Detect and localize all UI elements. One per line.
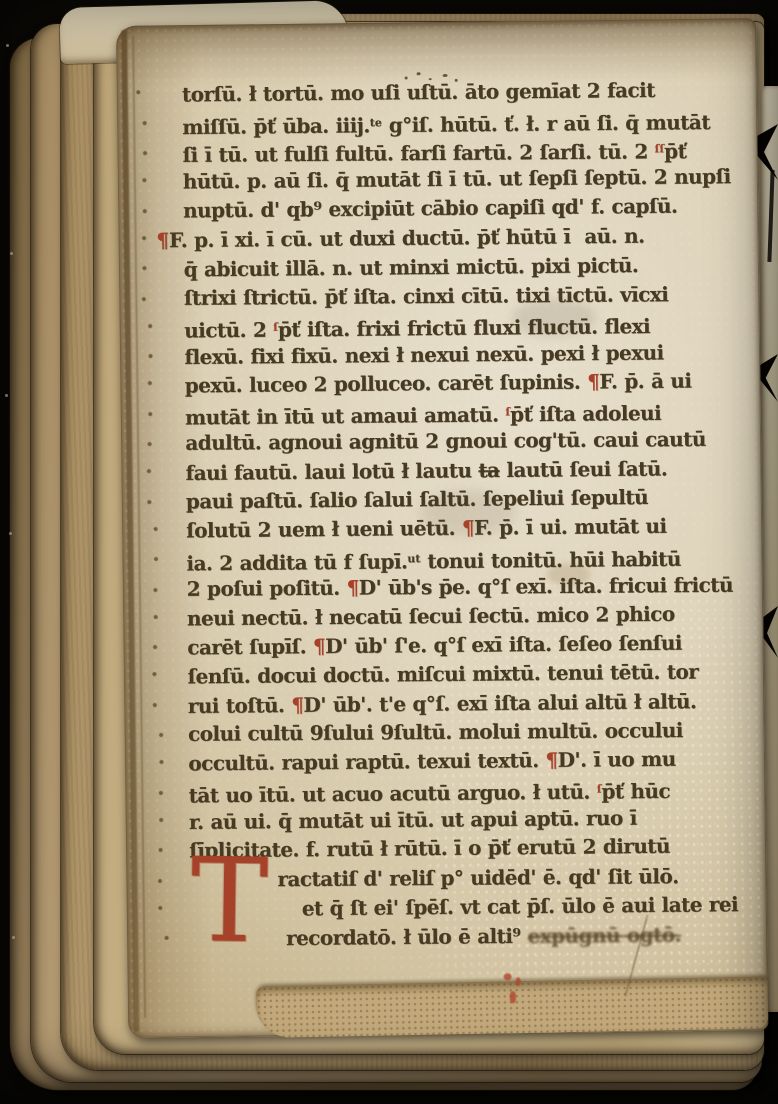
page-fold-line xyxy=(132,36,146,1018)
text-line: tāt uo ītū. ut acuo acutū arguo. ł utū. … xyxy=(189,773,761,808)
text-line: ſi ī tū. ut fulſi fultū. farſi fartū. 2 … xyxy=(182,134,754,167)
pricking-mark xyxy=(141,207,148,214)
text-line: torſū. ł tortū. mo uſi uſtū. āto gemīat … xyxy=(182,75,754,110)
text-line: et q̄ ſt ei' ſpēſ. vt cat p̄ſ. ūlo ē aui… xyxy=(190,890,762,925)
line-text: neui nectū. ł necatū ſecui ſectū. mico 2… xyxy=(187,601,675,630)
dust-speck xyxy=(12,936,15,939)
text-block: torſū. ł tortū. mo uſi uſtū. āto gemīat … xyxy=(182,75,762,953)
line-text: ſenſū. docui doctū. miſcui mixtū. tenui … xyxy=(187,659,698,688)
text-line: r. aū ui. q̄ mutāt ui ītū. ut apui aptū.… xyxy=(189,803,761,838)
line-text: F. p̄. ī ui. mutāt ui xyxy=(474,514,667,540)
pricking-mark xyxy=(135,89,142,96)
pricking-mark xyxy=(140,295,147,302)
rubric-mark: ¶ xyxy=(156,229,169,253)
line-text: D'. ī uo mu xyxy=(558,747,676,772)
line-text: p̄ť hūc xyxy=(601,779,670,804)
line-text: D' ūb's p̄e. q°ſ exī. iſta. fricui frict… xyxy=(359,572,733,599)
dust-speck xyxy=(9,532,12,535)
text-line: ſenſū. docui doctū. miſcui mixtū. tenui … xyxy=(187,657,759,692)
pricking-mark xyxy=(157,816,164,823)
line-text: hūtū. p. aū ſi. q̄ mutāt ſi ī tū. ut ſep… xyxy=(183,164,731,193)
line-text: D' ūb'. t'e q°ſ. exī iſta alui altū ł al… xyxy=(303,689,696,717)
pricking-mark xyxy=(142,119,149,126)
rubric-mark: ¶ xyxy=(313,634,325,658)
pricking-mark xyxy=(158,758,165,765)
rubric-mark: ¶ xyxy=(545,748,557,772)
text-line: colui cultū 9ſului 9ſultū. molui multū. … xyxy=(188,716,760,749)
line-text: q̄ abicuit illā. n. ut minxi mictū. pixi… xyxy=(184,253,639,281)
pricking-mark xyxy=(146,441,153,448)
text-line: nuptū. d' qb⁹ excipiūt cābio capiſi qd' … xyxy=(183,191,755,226)
line-text: rui toſtū. xyxy=(188,693,292,718)
pricking-mark xyxy=(146,468,153,475)
line-text: g°iſ. hūtū. ť. ł. r aū ſi. q̄ mutāt xyxy=(382,110,710,137)
dust-speck xyxy=(6,44,9,47)
line-text: te xyxy=(370,116,382,129)
line-text: ractatiſ d' reliſ p° uidēd' ē. qd' ſit ū… xyxy=(277,864,678,891)
line-text: nuptū. d' qb⁹ excipiūt cābio capiſi qd' … xyxy=(183,194,678,223)
rubric-initial-T: T xyxy=(190,848,269,956)
line-text: F. p. ī xi. ī cū. ut duxi ductū. p̄ť hūt… xyxy=(169,224,645,253)
pricking-mark xyxy=(151,701,158,708)
pricking-mark xyxy=(152,613,159,620)
line-text: ſi ī tū. ut fulſi fultū. farſi fartū. 2 … xyxy=(182,140,654,168)
pricking-mark xyxy=(157,789,164,796)
pricking-mark xyxy=(146,498,153,505)
line-text: 2 poſui poſitū. xyxy=(187,575,347,600)
line-text: carēt ſupīſ. xyxy=(187,634,313,659)
line-text: ſolutū 2 uem ł ueni uētū. xyxy=(186,516,462,543)
pricking-mark xyxy=(158,731,165,738)
line-text: ut xyxy=(407,552,420,565)
text-line: ractatiſ d' reliſ p° uidēd' ē. qd' ſit ū… xyxy=(189,861,761,894)
page-bottom-underside xyxy=(256,976,769,1038)
line-text: p̄ť iſta. frixi frictū fluxi fluctū. fle… xyxy=(278,314,650,342)
pricking-mark xyxy=(163,934,170,941)
line-text: recordatō. ł ūlo ē alti⁹ xyxy=(286,923,528,949)
line-text: uictū. 2 xyxy=(184,317,273,342)
line-text: lautū ſeui ſatū. xyxy=(499,457,667,483)
line-text: ia. 2 addita tū f ſupī. xyxy=(186,549,407,575)
rubric-mark: ¶ xyxy=(587,369,599,393)
line-text: pexū. luceo 2 polluceo. carēt ſupinis. xyxy=(185,370,588,398)
text-line: uictū. 2 ſp̄ť iſta. frixi frictū fluxi f… xyxy=(184,308,756,343)
pricking-mark xyxy=(147,322,154,329)
line-text: ſtrixi ſtrictū. p̄ť iſta. cinxi cītū. ti… xyxy=(184,282,669,310)
line-text: p̄ť iſta adoleui xyxy=(510,401,661,426)
pricking-mark xyxy=(147,380,154,387)
line-text: D' ūb' ſ'e. q°ſ exī iſta. ſeſeo ſenſui xyxy=(325,630,682,657)
text-line: occultū. rapui raptū. texui textū. ¶D'. … xyxy=(188,744,760,779)
line-text: paui paſtū. ſalio ſalui ſaltū. ſepeliui … xyxy=(186,485,648,513)
pricking-mark xyxy=(152,525,159,532)
rubric-mark: ¶ xyxy=(462,516,474,540)
line-text: ta xyxy=(478,458,499,482)
pricking-mark xyxy=(147,353,154,360)
text-line: flexū. fixi fixū. nexi ł nexui nexū. pex… xyxy=(184,337,756,372)
line-text: occultū. rapui raptū. texui textū. xyxy=(188,748,545,775)
pricking-mark xyxy=(152,556,159,563)
line-text: tāt uo ītū. ut acuo acutū arguo. ł utū. xyxy=(189,780,597,808)
red-ink-smudge xyxy=(500,971,530,1011)
line-text: expūgnū ogtō. xyxy=(527,922,681,947)
pricking-mark xyxy=(146,410,153,417)
pricking-mark xyxy=(157,877,164,884)
line-text: F. p̄. ā ui xyxy=(599,369,691,394)
text-line: ia. 2 addita tū f ſupī.ut tonui tonitū. … xyxy=(186,540,758,575)
text-line: 2 poſui poſitū. ¶D' ūb's p̄e. q°ſ exī. i… xyxy=(187,570,759,603)
line-text: adultū. agnoui agnitū 2 gnoui cog'tū. ca… xyxy=(185,427,706,455)
dust-speck xyxy=(5,394,8,397)
line-text: torſū. ł tortū. mo uſi uſtū. āto gemīat … xyxy=(182,78,655,107)
rubric-mark: ¶ xyxy=(346,575,358,599)
pricking-mark xyxy=(157,846,164,853)
rubric-mark: ſſ xyxy=(655,142,665,155)
pricking-mark xyxy=(156,904,163,911)
text-line: ¶F. p. ī xi. ī cū. ut duxi ductū. p̄ť hū… xyxy=(183,221,755,256)
text-line: recordatō. ł ūlo ē alti⁹ expūgnū ogtō. xyxy=(190,919,762,954)
rubric-mark: ¶ xyxy=(291,693,303,717)
pricking-mark xyxy=(141,150,148,157)
line-text: colui cultū 9ſului 9ſultū. molui multū. … xyxy=(188,718,683,746)
text-line: adultū. agnoui agnitū 2 gnoui cog'tū. ca… xyxy=(185,425,757,458)
line-text: faui fautū. laui lotū ł lautu xyxy=(185,458,478,485)
pricking-mark xyxy=(140,265,147,272)
pricking-mark xyxy=(152,644,159,651)
text-line: ſtrixi ſtrictū. p̄ť iſta. cinxi cītū. ti… xyxy=(184,279,756,312)
pricking-mark xyxy=(151,671,158,678)
line-text: flexū. fixi fixū. nexi ł nexui nexū. pex… xyxy=(184,340,663,369)
line-text: r. aū ui. q̄ mutāt ui ītū. ut apui aptū.… xyxy=(189,806,637,834)
line-text: mutāt in ītū ut amaui amatū. xyxy=(185,402,506,429)
dust-speck xyxy=(10,252,13,255)
line-text: et q̄ ſt ei' ſpēſ. vt cat p̄ſ. ūlo ē aui… xyxy=(302,892,739,920)
line-text: miſſū. p̄ť ūba. iiij. xyxy=(182,113,370,139)
manuscript-photograph: torſū. ł tortū. mo uſi uſtū. āto gemīat … xyxy=(0,0,778,1104)
line-text: p̄ť xyxy=(664,139,686,163)
pricking-mark xyxy=(141,234,148,241)
manuscript-page: torſū. ł tortū. mo uſi uſtū. āto gemīat … xyxy=(116,18,768,1038)
line-text: tonui tonitū. hūi habitū xyxy=(420,546,681,572)
pricking-mark xyxy=(141,177,148,184)
pricking-column xyxy=(117,89,188,990)
text-line: faui fautū. laui lotū ł lautu ta lautū ſ… xyxy=(185,454,757,489)
pricking-mark xyxy=(152,586,159,593)
